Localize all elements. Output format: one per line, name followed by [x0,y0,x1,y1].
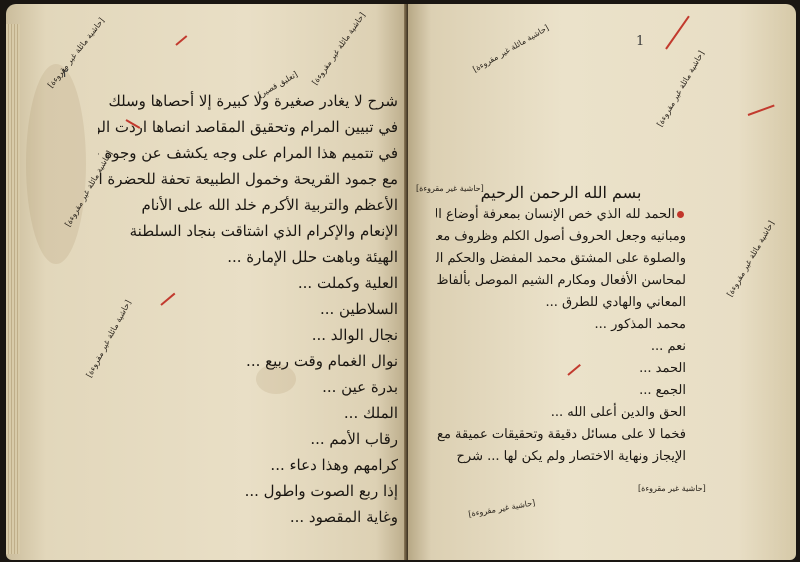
folio-number: 1 [636,34,644,49]
rubric-dot [677,211,684,218]
text-line: وغاية المقصود ... [98,504,398,530]
basmala-heading: بسم الله الرحمن الرحيم [436,182,686,204]
text-line: شرح لا يغادر صغيرة ولا كبيرة إلا أحصاها … [98,88,398,114]
margin-note: [حاشية مائلة غير مقروءة] [725,219,777,299]
text-line: إذا ربع الصوت واطول ... [98,478,398,504]
text-line: الإيجاز ونهاية الاختصار ولم يكن لها ... … [436,446,686,468]
rubric-mark [748,104,775,115]
text-line: فخما لا على مسائل دقيقة وتحقيقات عميقة م… [436,424,686,446]
manuscript-spread: ٢ [حاشية مائلة غير مقروءة] [حاشية مائلة … [0,0,800,562]
margin-note: [حاشية مائلة غير مقروءة] [471,23,551,75]
rubric-mark [175,35,187,46]
left-page: ٢ [حاشية مائلة غير مقروءة] [حاشية مائلة … [6,4,408,560]
margin-note: [حاشية مائلة غير مقروءة] [310,11,368,87]
text-line: الجمع ... [436,380,686,402]
text-line: محمد المذكور ... [436,314,686,336]
margin-note: [حاشية مائلة غير مقروءة] [655,49,707,129]
margin-note: [حاشية غير مقروءة] [468,498,536,520]
text-line: رقاب الأمم ... [98,426,398,452]
text-line: الحمد ... [436,358,686,380]
text-line: نعم ... [436,336,686,358]
text-span: الحمد لله الذي خص الإنسان بمعرفة أوضاع ا… [436,207,675,222]
text-line: كرامهم وهذا دعاء ... [98,452,398,478]
page-edges [6,24,20,554]
text-line: الهيئة وباهت حلل الإمارة ... [98,244,398,270]
text-line: الإنعام والإكرام الذي اشتاقت بنجاد السلط… [98,218,398,244]
text-line: الأعظم والتربية الأكرم خلد الله على الأن… [98,192,398,218]
paper-stain [26,64,86,264]
right-page: 1 [حاشية مائلة غير مقروءة] [حاشية مائلة … [408,4,796,560]
text-line: بدرة عين ... [98,374,398,400]
text-line: الحق والدين أعلى الله ... [436,402,686,424]
margin-note: [حاشية غير مقروءة] [638,484,706,494]
text-line: لمحاسن الأفعال ومكارم الشيم الموصل بألفا… [436,270,686,292]
text-line: الملك ... [98,400,398,426]
text-line: في تتميم هذا المرام على وجه يكشف عن وجوه… [98,140,398,166]
rubric-mark [665,16,690,50]
text-line: الحمد لله الذي خص الإنسان بمعرفة أوضاع ا… [436,204,686,226]
text-line: نوال الغمام وقت ربيع ... [98,348,398,374]
text-line: والصلوة على المشتق محمد المفضل والحكم ال… [436,248,686,270]
text-line: السلاطين ... [98,296,398,322]
text-line: في تبيين المرام وتحقيق المقاصد انصاها ار… [98,114,398,140]
right-main-text: بسم الله الرحمن الرحيم الحمد لله الذي خص… [436,182,686,468]
margin-note: [حاشية مائلة غير مقروءة] [46,16,107,90]
text-line: المعاني والهادي للطرق ... [436,292,686,314]
text-line: مع جمود القريحة وخمول الطبيعة تحفة للحضر… [98,166,398,192]
text-line: ومبانيه وجعل الحروف أصول الكلم وظروف معا… [436,226,686,248]
left-main-text: شرح لا يغادر صغيرة ولا كبيرة إلا أحصاها … [98,88,398,530]
text-line: العلية وكملت ... [98,270,398,296]
text-line: نجال الوالد ... [98,322,398,348]
